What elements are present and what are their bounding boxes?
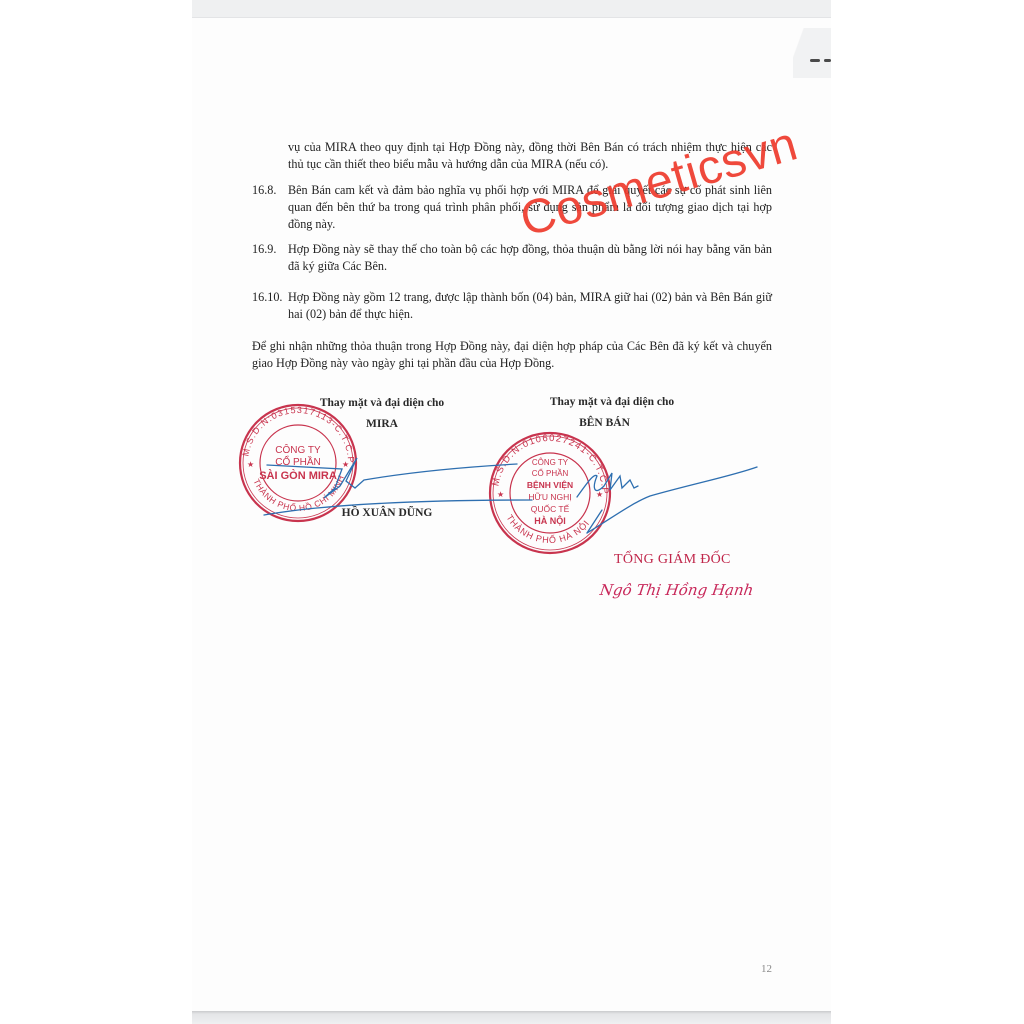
right-signer-title: TỔNG GIÁM ĐỐC [614, 552, 731, 568]
page-number: 12 [761, 963, 772, 975]
right-signature-tail [587, 467, 757, 533]
viewer-top-band [192, 0, 831, 18]
left-signature-stroke [267, 458, 517, 498]
right-signer-name: Ngô Thị Hồng Hạnh [599, 581, 755, 599]
left-signature-tail [264, 500, 532, 515]
document-page: vụ của MIRA theo quy định tại Hợp Đồng n… [192, 18, 831, 1011]
viewer-bottom-band [192, 1011, 831, 1024]
right-signature-stroke [577, 473, 638, 497]
